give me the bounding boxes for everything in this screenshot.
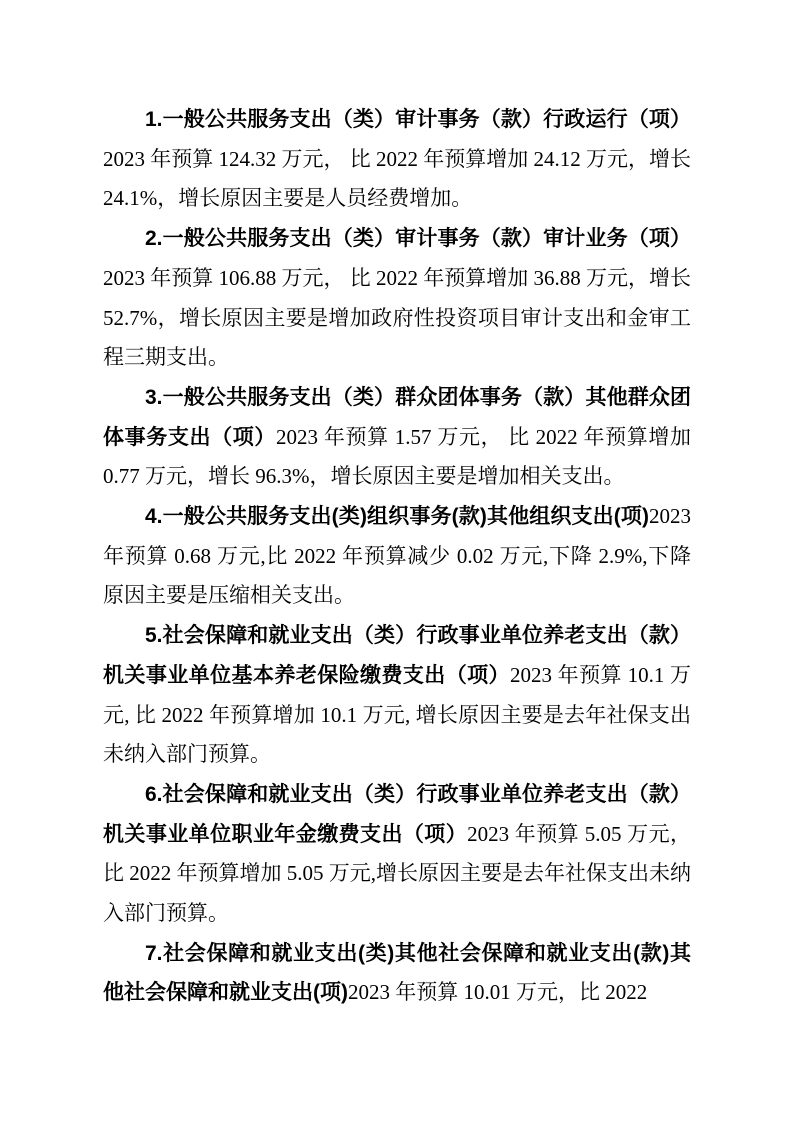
budget-paragraph-6: 6.社会保障和就业支出（类）行政事业单位养老支出（款）机关事业单位职业年金缴费支…: [103, 775, 691, 934]
budget-paragraph-1: 1.一般公共服务支出（类）审计事务（款）行政运行（项）2023 年预算 124.…: [103, 100, 691, 219]
budget-paragraph-3: 3.一般公共服务支出（类）群众团体事务（款）其他群众团体事务支出（项）2023 …: [103, 378, 691, 497]
budget-paragraph-5: 5.社会保障和就业支出（类）行政事业单位养老支出（款）机关事业单位基本养老保险缴…: [103, 616, 691, 775]
paragraph-body: 2023 年预算 106.88 万元， 比 2022 年预算增加 36.88 万…: [103, 266, 691, 369]
paragraph-heading: 2.一般公共服务支出（类）审计事务（款）审计业务（项）: [145, 227, 691, 250]
document-page: 1.一般公共服务支出（类）审计事务（款）行政运行（项）2023 年预算 124.…: [0, 0, 793, 1122]
paragraph-heading: 1.一般公共服务支出（类）审计事务（款）行政运行（项）: [145, 108, 691, 131]
paragraph-body: 2023 年预算 124.32 万元， 比 2022 年预算增加 24.12 万…: [103, 147, 691, 211]
budget-paragraph-2: 2.一般公共服务支出（类）审计事务（款）审计业务（项）2023 年预算 106.…: [103, 219, 691, 378]
budget-paragraph-7: 7.社会保障和就业支出(类)其他社会保障和就业支出(款)其他社会保障和就业支出(…: [103, 934, 691, 1013]
budget-paragraph-4: 4.一般公共服务支出(类)组织事务(款)其他组织支出(项)2023年预算 0.6…: [103, 497, 691, 616]
paragraph-heading: 4.一般公共服务支出(类)组织事务(款)其他组织支出(项): [145, 505, 649, 528]
paragraph-body: 2023 年预算 10.01 万元，比 2022: [348, 980, 647, 1004]
document-content: 1.一般公共服务支出（类）审计事务（款）行政运行（项）2023 年预算 124.…: [103, 100, 691, 1013]
